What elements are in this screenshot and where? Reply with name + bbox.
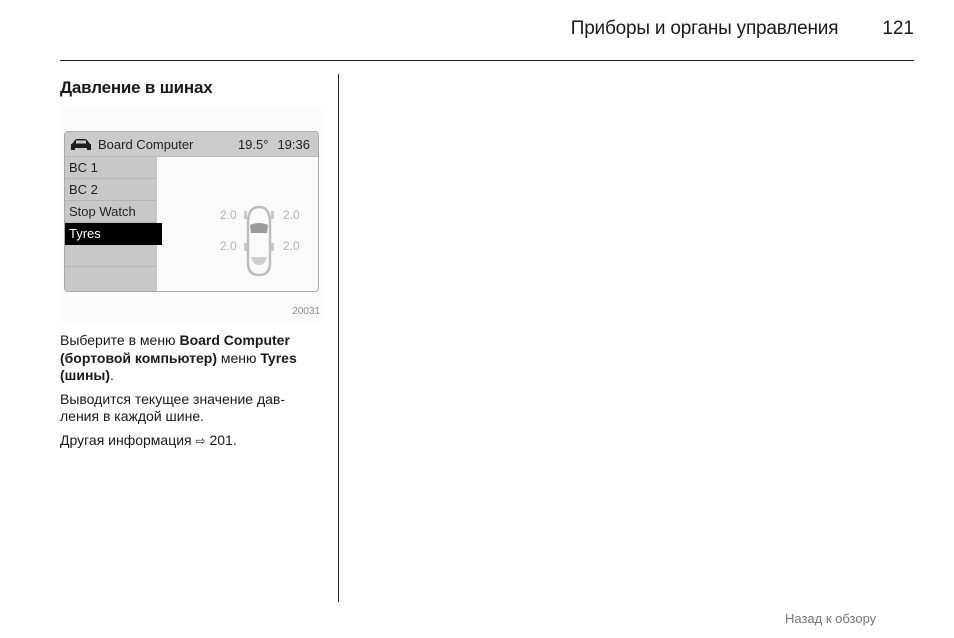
description-paragraph: Выводится текущее значение дав-ления в к… — [60, 391, 322, 426]
text-span: меню — [217, 350, 260, 366]
chapter-title: Приборы и органы управления — [571, 18, 839, 40]
section-title: Давление в шинах — [60, 76, 322, 104]
body-text: Выберите в меню Board Computer (бортовой… — [60, 332, 322, 456]
back-to-overview-link[interactable]: Назад к обзору — [785, 611, 876, 626]
tyre-front-right: 2.0 — [283, 208, 300, 222]
instruction-paragraph: Выберите в меню Board Computer (бортовой… — [60, 332, 322, 385]
column-divider — [338, 74, 339, 602]
figure-code: 20031 — [292, 306, 320, 317]
text-span: Выберите в меню — [60, 332, 179, 348]
board-computer-menu: BC 1 BC 2 Stop Watch Tyres — [65, 157, 157, 291]
running-header: Приборы и органы управления 121 — [571, 18, 914, 46]
menu-item-bc2[interactable]: BC 2 — [65, 179, 157, 201]
page-reference-link[interactable]: 201. — [206, 432, 237, 448]
menu-item-empty — [65, 267, 157, 289]
page-number: 121 — [882, 18, 914, 40]
menu-item-stop-watch[interactable]: Stop Watch — [65, 201, 157, 223]
header-rule — [60, 60, 914, 61]
left-column: Давление в шинах — [60, 76, 322, 104]
reference-paragraph: Другая информация ⇨ 201. — [60, 432, 322, 451]
display-screen: Board Computer 19.5° 19:36 BC 1 BC 2 Sto… — [64, 131, 319, 292]
tyre-rear-left: 2.0 — [220, 239, 237, 253]
tyre-front-left: 2.0 — [220, 208, 237, 222]
menu-item-bc1[interactable]: BC 1 — [65, 157, 157, 179]
screen-title: Board Computer — [98, 137, 238, 152]
board-computer-figure: Board Computer 19.5° 19:36 BC 1 BC 2 Sto… — [60, 106, 322, 322]
menu-item-empty — [65, 245, 157, 267]
text-span: . — [110, 367, 114, 383]
tyre-rear-right: 2.0 — [283, 239, 300, 253]
page-reference-arrow-icon: ⇨ — [196, 434, 206, 448]
tyre-pressure-display: 2.0 2.0 2.0 2.0 — [215, 202, 305, 282]
car-top-view-icon — [243, 203, 275, 279]
screen-header: Board Computer 19.5° 19:36 — [65, 132, 318, 157]
temperature-readout: 19.5° — [238, 137, 269, 152]
text-span: Другая информация — [60, 432, 196, 448]
clock-readout: 19:36 — [277, 137, 310, 152]
car-icon — [70, 138, 92, 150]
menu-item-tyres[interactable]: Tyres — [65, 223, 162, 245]
